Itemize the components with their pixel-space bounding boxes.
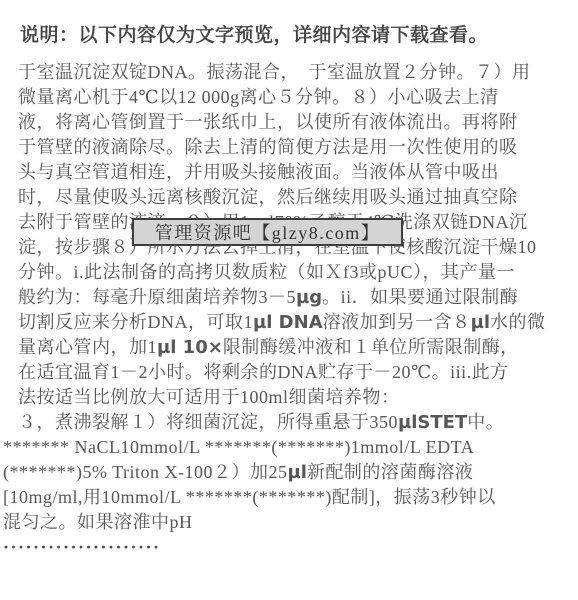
watermark-text: 管理资源吧【glzy8.com】 bbox=[155, 219, 380, 245]
text-line: 头与真空管道相连，并用吸头接触液面。当液体从管中吸出 bbox=[3, 160, 578, 185]
document-preview-page: 说明：以下内容仅为文字预览，详细内容请下载查看。 于室温沉淀双锭DNA。振荡混合… bbox=[0, 0, 578, 600]
text-line: 液，将离心管倒置于一张纸巾上，以使所有液体流出。再将附 bbox=[3, 110, 578, 135]
text-line: 在适宜温育1－2小时。将剩余的DNA贮存于－20℃。iii.此方 bbox=[3, 360, 578, 385]
watermark-badge: 管理资源吧【glzy8.com】 bbox=[132, 218, 403, 246]
text-line: 微量离心机于4℃以12 000g离心５分钟。８）小心吸去上清 bbox=[3, 85, 578, 110]
preview-notice: 说明：以下内容仅为文字预览，详细内容请下载查看。 bbox=[20, 20, 488, 47]
text-line: 于室温沉淀双锭DNA。振荡混合， 于室温放置２分钟。７）用 bbox=[3, 60, 578, 85]
text-line: 法按适当比例放大可适用于100ml细菌培养物： bbox=[3, 385, 578, 410]
text-line: (*******)5% Triton X-100２）加25µl新配制的溶菌酶溶液 bbox=[3, 460, 578, 485]
text-line: 时，尽量使吸头远离核酸沉淀，然后继续用吸头通过抽真空除 bbox=[3, 185, 578, 210]
text-line: 切割反应来分析DNA，可取1µl DNA溶液加到另一含８µl水的微 bbox=[3, 310, 578, 335]
text-line: 于管壁的液滴除尽。除去上清的简便方法是用一次性使用的吸 bbox=[3, 135, 578, 160]
text-line: 般约为：每毫升原细菌培养物3－5µg。ii．如果要通过限制酶 bbox=[3, 285, 578, 310]
text-line: ******* NaCL10mmol/L *******(*******)1mm… bbox=[3, 435, 578, 460]
text-line: ３，煮沸裂解１）将细菌沉淀，所得重悬于350µlSTET中。 bbox=[3, 410, 578, 435]
text-line: 量离心管内，加1µl 10×限制酶缓冲液和１单位所需限制酶， bbox=[3, 335, 578, 360]
document-text: 于室温沉淀双锭DNA。振荡混合， 于室温放置２分钟。７）用微量离心机于4℃以12… bbox=[3, 60, 578, 560]
ellipsis-line: ····················· bbox=[3, 535, 578, 560]
text-line: 分钟。i.此法制备的高拷贝数质粒（如Ｘf3或pUC），其产量一 bbox=[3, 260, 578, 285]
text-line: 混匀之。如果溶淮中pH bbox=[3, 510, 578, 535]
text-line: [10mg/ml,用10mmol/L *******(*******)配制]，振… bbox=[3, 485, 578, 510]
